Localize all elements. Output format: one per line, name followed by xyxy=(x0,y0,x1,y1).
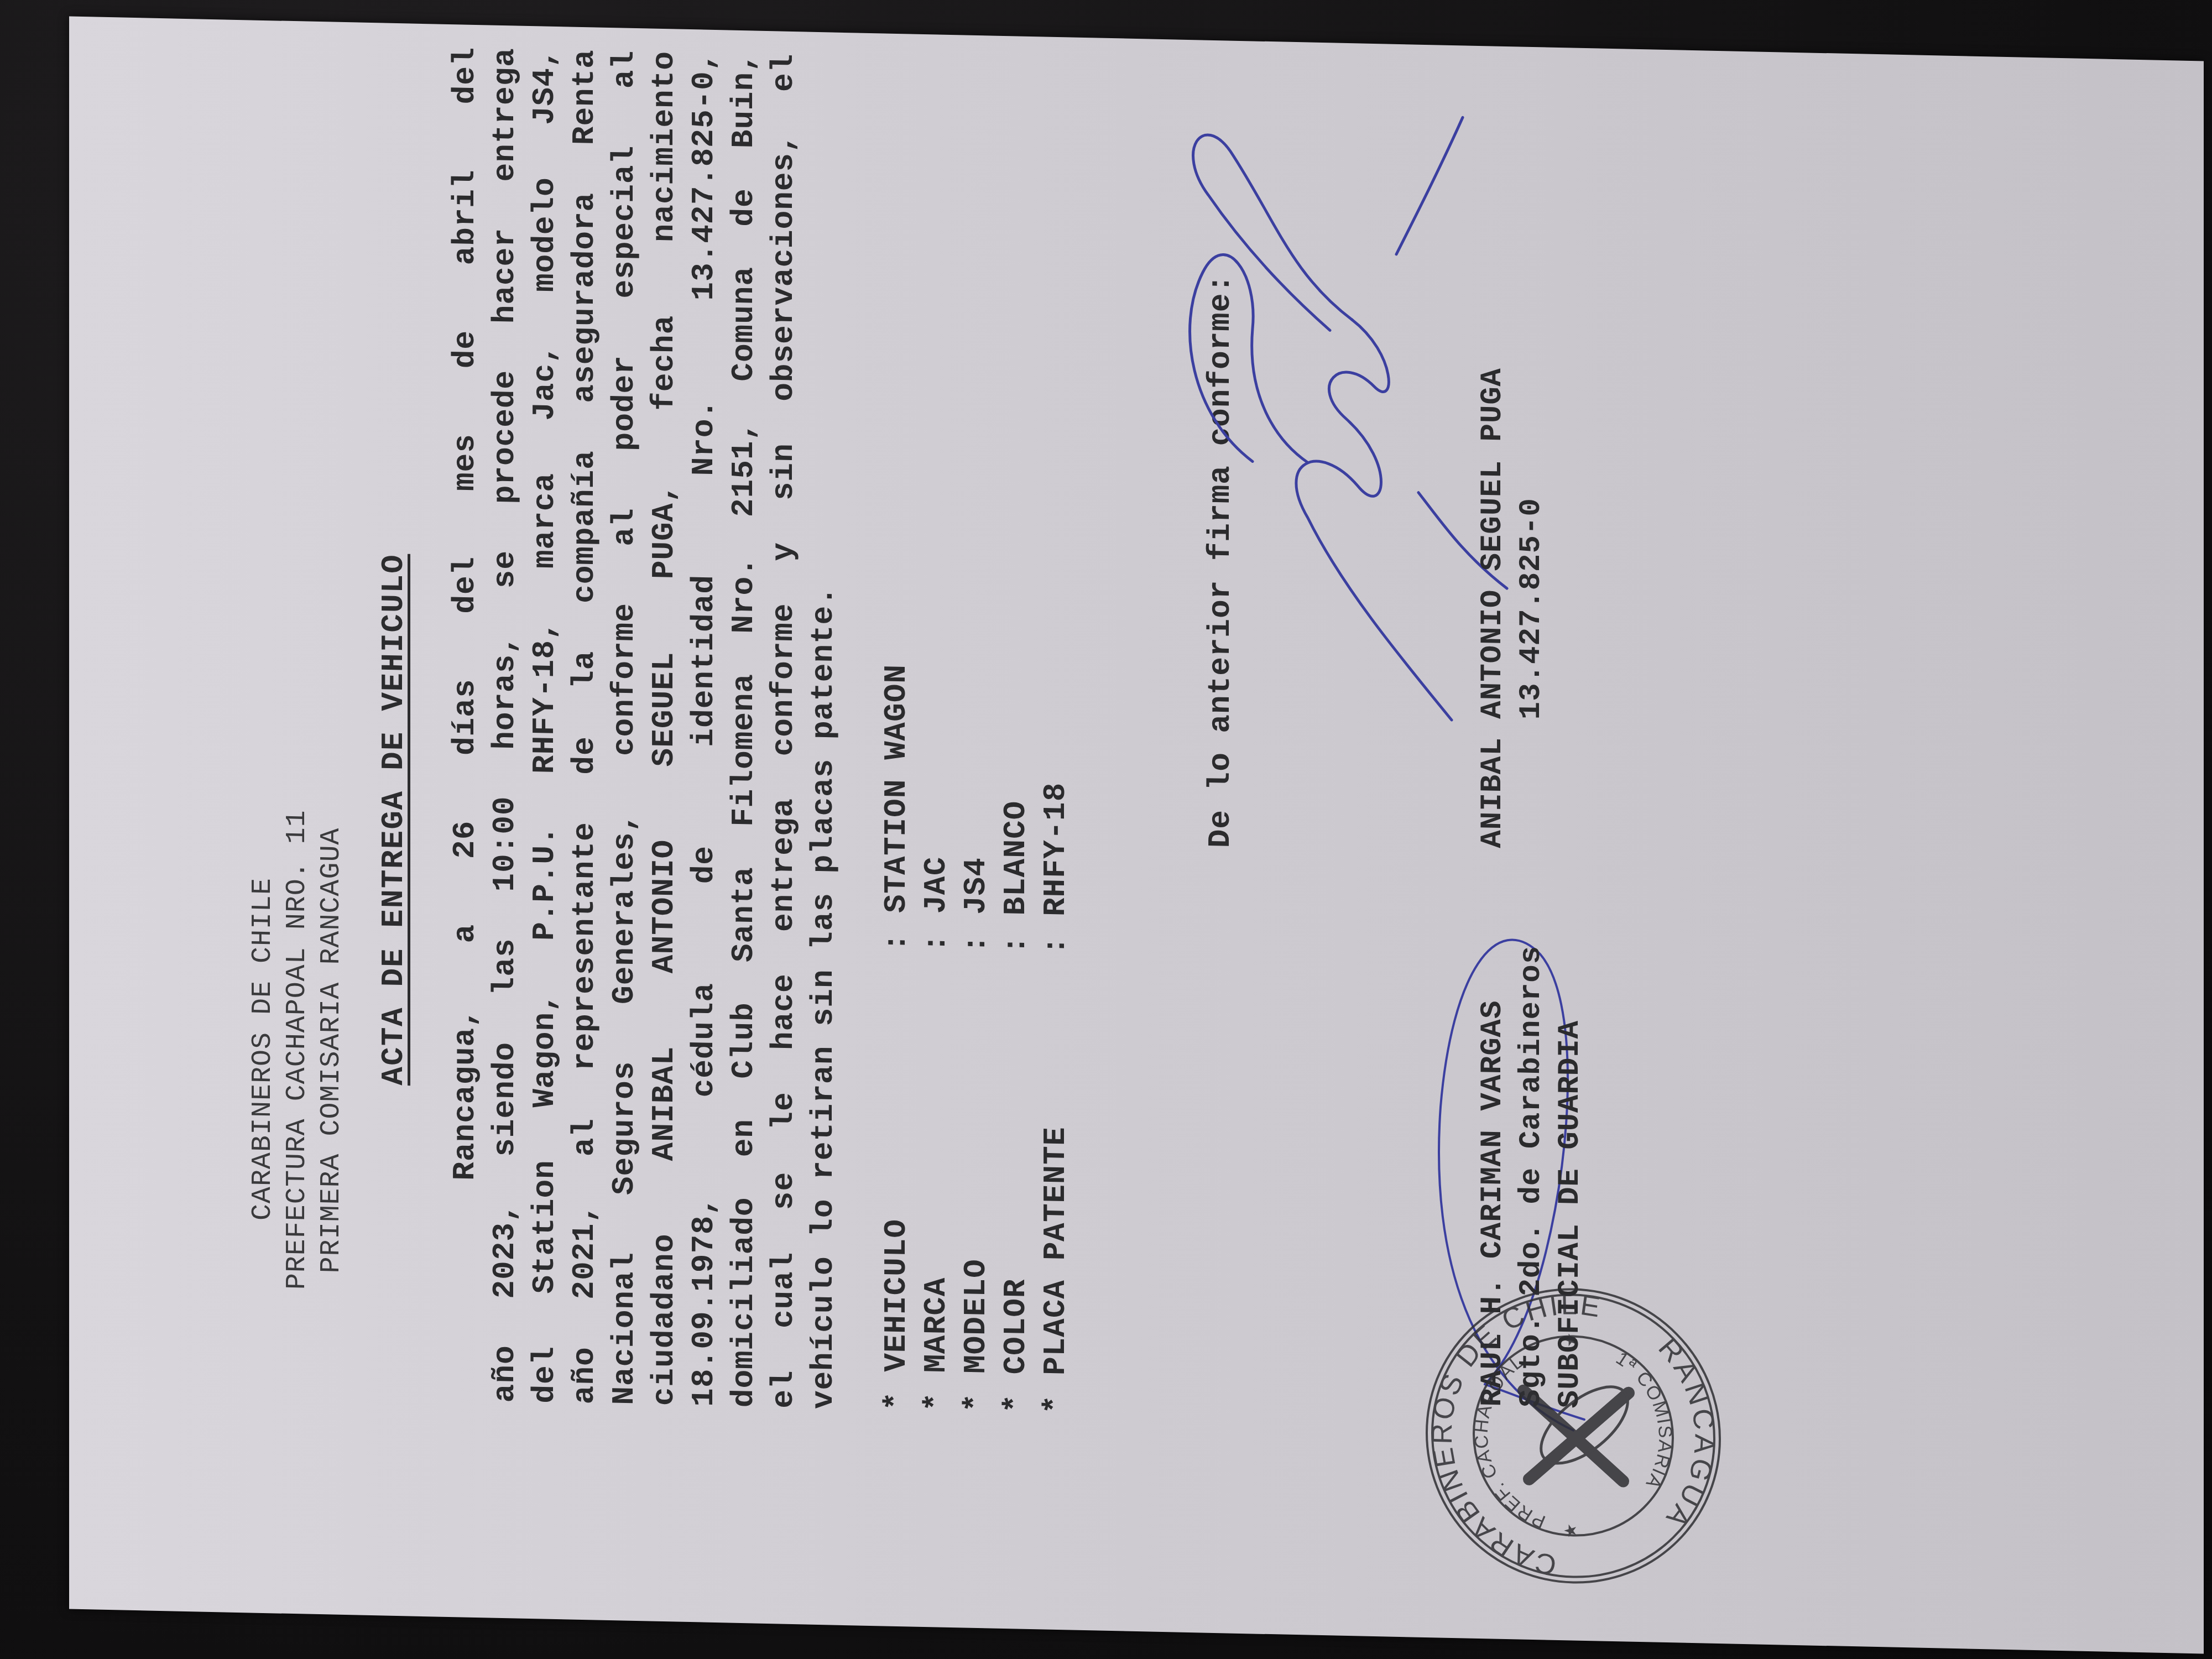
closing-statement: De lo anterior firma conforme: xyxy=(1203,273,1238,848)
document-photo: CARABINEROS DE CHILE PREFECTURA CACHAPOA… xyxy=(61,33,2212,1637)
field-label: MODELO xyxy=(956,953,996,1374)
vehicle-row-plate: * PLACA PATENTE : RHFY-18 xyxy=(1036,667,1076,1414)
body-line: año 2023, siendo las 10:00 horas, se pro… xyxy=(485,47,525,1403)
body-line: 18.09.1978, cédula de identidad Nro. 13.… xyxy=(684,51,724,1407)
body-paragraph: Rancagua, a 26 días del mes de abril del… xyxy=(445,46,843,1410)
svg-text:★: ★ xyxy=(1562,1332,1580,1348)
vehicle-row-color: * COLOR : BLANCO xyxy=(996,666,1036,1413)
vehicle-row-model: * MODELO : JS4 xyxy=(956,665,996,1412)
vehicle-details: * VEHICULO : STATION WAGON * MARCA : JAC… xyxy=(877,664,1076,1414)
body-line: Nacional Seguros Generales, conforme al … xyxy=(604,50,644,1406)
bullet-asterisk: * xyxy=(956,1373,996,1413)
bullet-asterisk: * xyxy=(1036,1375,1076,1415)
field-value: JAC xyxy=(916,856,956,914)
header-line-prefecture: PREFECTURA CACHAPOAL NRO. 11 xyxy=(280,718,315,1382)
body-line: Rancagua, a 26 días del mes de abril del xyxy=(445,46,485,1402)
institution-header: CARABINEROS DE CHILE PREFECTURA CACHAPOA… xyxy=(246,717,349,1383)
official-stamp-icon: CARABINEROS DE CHILE RANCAGUA PREF. CACH… xyxy=(1418,1278,1728,1594)
body-line: vehículo lo retiran sin las placas paten… xyxy=(804,54,843,1410)
vehicle-row-type: * VEHICULO : STATION WAGON xyxy=(877,664,916,1411)
bullet-asterisk: * xyxy=(877,1371,916,1411)
vehicle-row-brand: * MARCA : JAC xyxy=(916,665,956,1412)
field-value: JS4 xyxy=(956,857,996,915)
field-label: MARCA xyxy=(916,952,956,1374)
bullet-asterisk: * xyxy=(916,1373,956,1412)
field-label: PLACA PATENTE xyxy=(1036,954,1076,1376)
recipient-signature-block: ANIBAL ANTONIO SEGUEL PUGA 13.427.825-0 xyxy=(1474,367,1551,849)
field-separator: : xyxy=(916,914,956,953)
body-line: año 2021, al representante de la compañí… xyxy=(565,49,604,1405)
body-line: del Station Wagon, P.P.U. RHFY-18, marca… xyxy=(525,48,565,1404)
field-label: VEHICULO xyxy=(877,951,916,1373)
paper-sheet: CARABINEROS DE CHILE PREFECTURA CACHAPOA… xyxy=(69,17,2204,1654)
body-line: domiciliado en Club Santa Filomena Nro. … xyxy=(724,52,764,1408)
field-label: COLOR xyxy=(996,954,1036,1375)
recipient-id: 13.427.825-0 xyxy=(1512,368,1551,849)
field-separator: : xyxy=(1036,916,1076,956)
field-separator: : xyxy=(956,914,996,954)
field-separator: : xyxy=(996,915,1036,955)
field-value: BLANCO xyxy=(996,800,1036,916)
body-line: el cual se le hace entrega conforme y si… xyxy=(764,53,804,1409)
bullet-asterisk: * xyxy=(996,1374,1036,1414)
document-title: ACTA DE ENTREGA DE VEHICULO xyxy=(376,23,411,1616)
recipient-name: ANIBAL ANTONIO SEGUEL PUGA xyxy=(1474,367,1512,848)
header-line-station: PRIMERA COMISARIA RANCAGUA xyxy=(315,718,349,1383)
svg-text:★: ★ xyxy=(1562,1523,1580,1538)
header-line-institution: CARABINEROS DE CHILE xyxy=(246,717,280,1381)
field-value: STATION WAGON xyxy=(877,664,916,913)
field-separator: : xyxy=(877,912,916,952)
body-line: ciudadano ANIBAL ANTONIO SEGUEL PUGA, fe… xyxy=(644,50,684,1406)
field-value: RHFY-18 xyxy=(1036,782,1076,917)
